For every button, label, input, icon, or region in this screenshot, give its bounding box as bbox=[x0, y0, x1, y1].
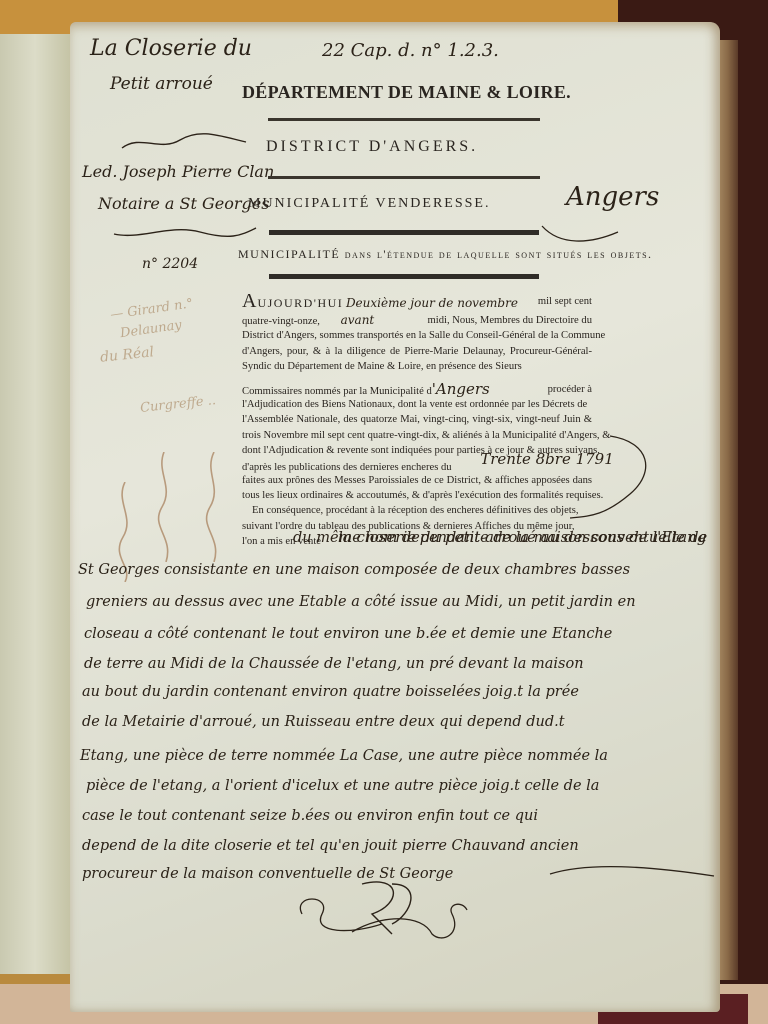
body-line: trois Novembre mil sept cent quatre-ving… bbox=[242, 428, 592, 443]
bracket-flourish-icon bbox=[570, 432, 660, 522]
squiggle-mark-icon bbox=[204, 452, 224, 562]
commissaires-fill: 'Angers bbox=[432, 380, 490, 398]
body-line: tous les lieux ordinaires & accoutumés, … bbox=[242, 488, 592, 503]
manuscript-line: Etang, une pièce de terre nommée La Case… bbox=[80, 748, 608, 764]
body-line-text: midi, Nous, Membres du Directoire du bbox=[428, 313, 592, 328]
manuscript-line: du même nom dependante de la maison conv… bbox=[293, 530, 707, 546]
municipality-vendor-label: MUNICIPALITÉ VENDERESSE. bbox=[248, 196, 490, 212]
lot-number: n° 2204 bbox=[142, 256, 198, 272]
squiggle-mark-icon bbox=[156, 452, 176, 562]
reference-number: 22 Cap. d. n° 1.2.3. bbox=[322, 40, 499, 61]
body-line: l'Adjudication des Biens Nationaux, dont… bbox=[242, 397, 592, 412]
body-line-text: Commissaires nommés par la Municipalité … bbox=[242, 386, 432, 397]
buyer-profession: Notaire a St Georges bbox=[98, 194, 269, 213]
margin-flourish-icon bbox=[110, 220, 260, 242]
margin-title-line2: Petit arroué bbox=[110, 74, 213, 94]
signature-paraph-icon bbox=[292, 874, 492, 944]
bleed-through-text: du Réal bbox=[99, 344, 154, 366]
manuscript-line: procureur de la maison conventuelle de S… bbox=[82, 866, 453, 882]
manuscript-line: pièce de l'etang, a l'orient d'icelux et… bbox=[86, 778, 599, 794]
dropcap: A bbox=[242, 290, 257, 312]
department-heading: DÉPARTEMENT DE MAINE & LOIRE. bbox=[242, 82, 571, 103]
header-rule bbox=[269, 274, 539, 279]
body-line-text: mil sept cent bbox=[538, 294, 592, 309]
line-end-flourish-icon bbox=[548, 860, 718, 884]
header-rule bbox=[268, 176, 540, 179]
body-line: AUJOURD'HUI Deuxième jour de novembre mi… bbox=[242, 294, 592, 309]
body-line: d'Angers, pour, & à la diligence de Pier… bbox=[242, 344, 592, 359]
margin-flourish-icon bbox=[120, 130, 250, 154]
manuscript-line: closeau a côté contenant le tout environ… bbox=[84, 626, 612, 642]
manuscript-line: case le tout contenant seize b.ées ou en… bbox=[82, 808, 538, 824]
body-line: d'après les publications des dernieres e… bbox=[242, 458, 592, 473]
time-fill: avant bbox=[341, 313, 375, 327]
body-line: En conséquence, procédant à la réception… bbox=[242, 503, 592, 518]
body-line-text: quatre-vingt-onze, bbox=[242, 316, 320, 327]
bleed-through-text: Curgreffe .. bbox=[139, 393, 216, 416]
manuscript-line: de la Metairie d'arroué, un Ruisseau ent… bbox=[82, 714, 565, 730]
date-fill: Deuxième jour de novembre bbox=[346, 296, 518, 310]
margin-title-line1: La Closerie du bbox=[90, 36, 252, 61]
body-line: Commissaires nommés par la Municipalité … bbox=[242, 382, 592, 397]
header-rule bbox=[268, 118, 540, 121]
bleed-through-text: — Girard n.° bbox=[109, 296, 194, 322]
district-heading: DISTRICT D'ANGERS. bbox=[266, 138, 478, 156]
municipality-objects-label: MUNICIPALITÉ dans l'étendue de laquelle … bbox=[238, 245, 653, 263]
manuscript-line: depend de la dite closerie et tel qu'en … bbox=[82, 838, 579, 854]
manuscript-line: St Georges consistante en une maison com… bbox=[78, 562, 630, 578]
municipality-vendor-value: Angers bbox=[566, 182, 659, 212]
buyer-name: Led. Joseph Pierre Clan bbox=[82, 162, 274, 181]
municipality-objects-text: MUNICIPALITÉ dans l'étendue de laquelle … bbox=[238, 247, 653, 261]
opening-word: UJOURD'HUI bbox=[257, 296, 343, 310]
manuscript-line: au bout du jardin contenant environ quat… bbox=[82, 684, 579, 700]
body-line-text: procéder à bbox=[548, 382, 592, 397]
left-page-edge bbox=[0, 34, 72, 974]
bleed-through-text: Delaunay bbox=[119, 318, 182, 341]
body-line: Syndic du Département de Maine & Loire, … bbox=[242, 359, 592, 374]
body-line: District d'Angers, sommes transportés en… bbox=[242, 328, 592, 343]
body-line: faites aux prônes des Messes Paroissiale… bbox=[242, 473, 592, 488]
header-rule bbox=[269, 230, 539, 235]
manuscript-line: greniers au dessus avec une Etable a côt… bbox=[86, 594, 636, 610]
printed-body: AUJOURD'HUI Deuxième jour de novembre mi… bbox=[242, 294, 592, 549]
body-line-text: d'après les publications des dernieres e… bbox=[242, 462, 452, 473]
body-line: quatre-vingt-onze, avant midi, Nous, Mem… bbox=[242, 313, 592, 328]
body-line: l'Assemblée Nationale, des quatorze Mai,… bbox=[242, 412, 592, 427]
manuscript-line: de terre au Midi de la Chaussée de l'eta… bbox=[84, 656, 584, 672]
